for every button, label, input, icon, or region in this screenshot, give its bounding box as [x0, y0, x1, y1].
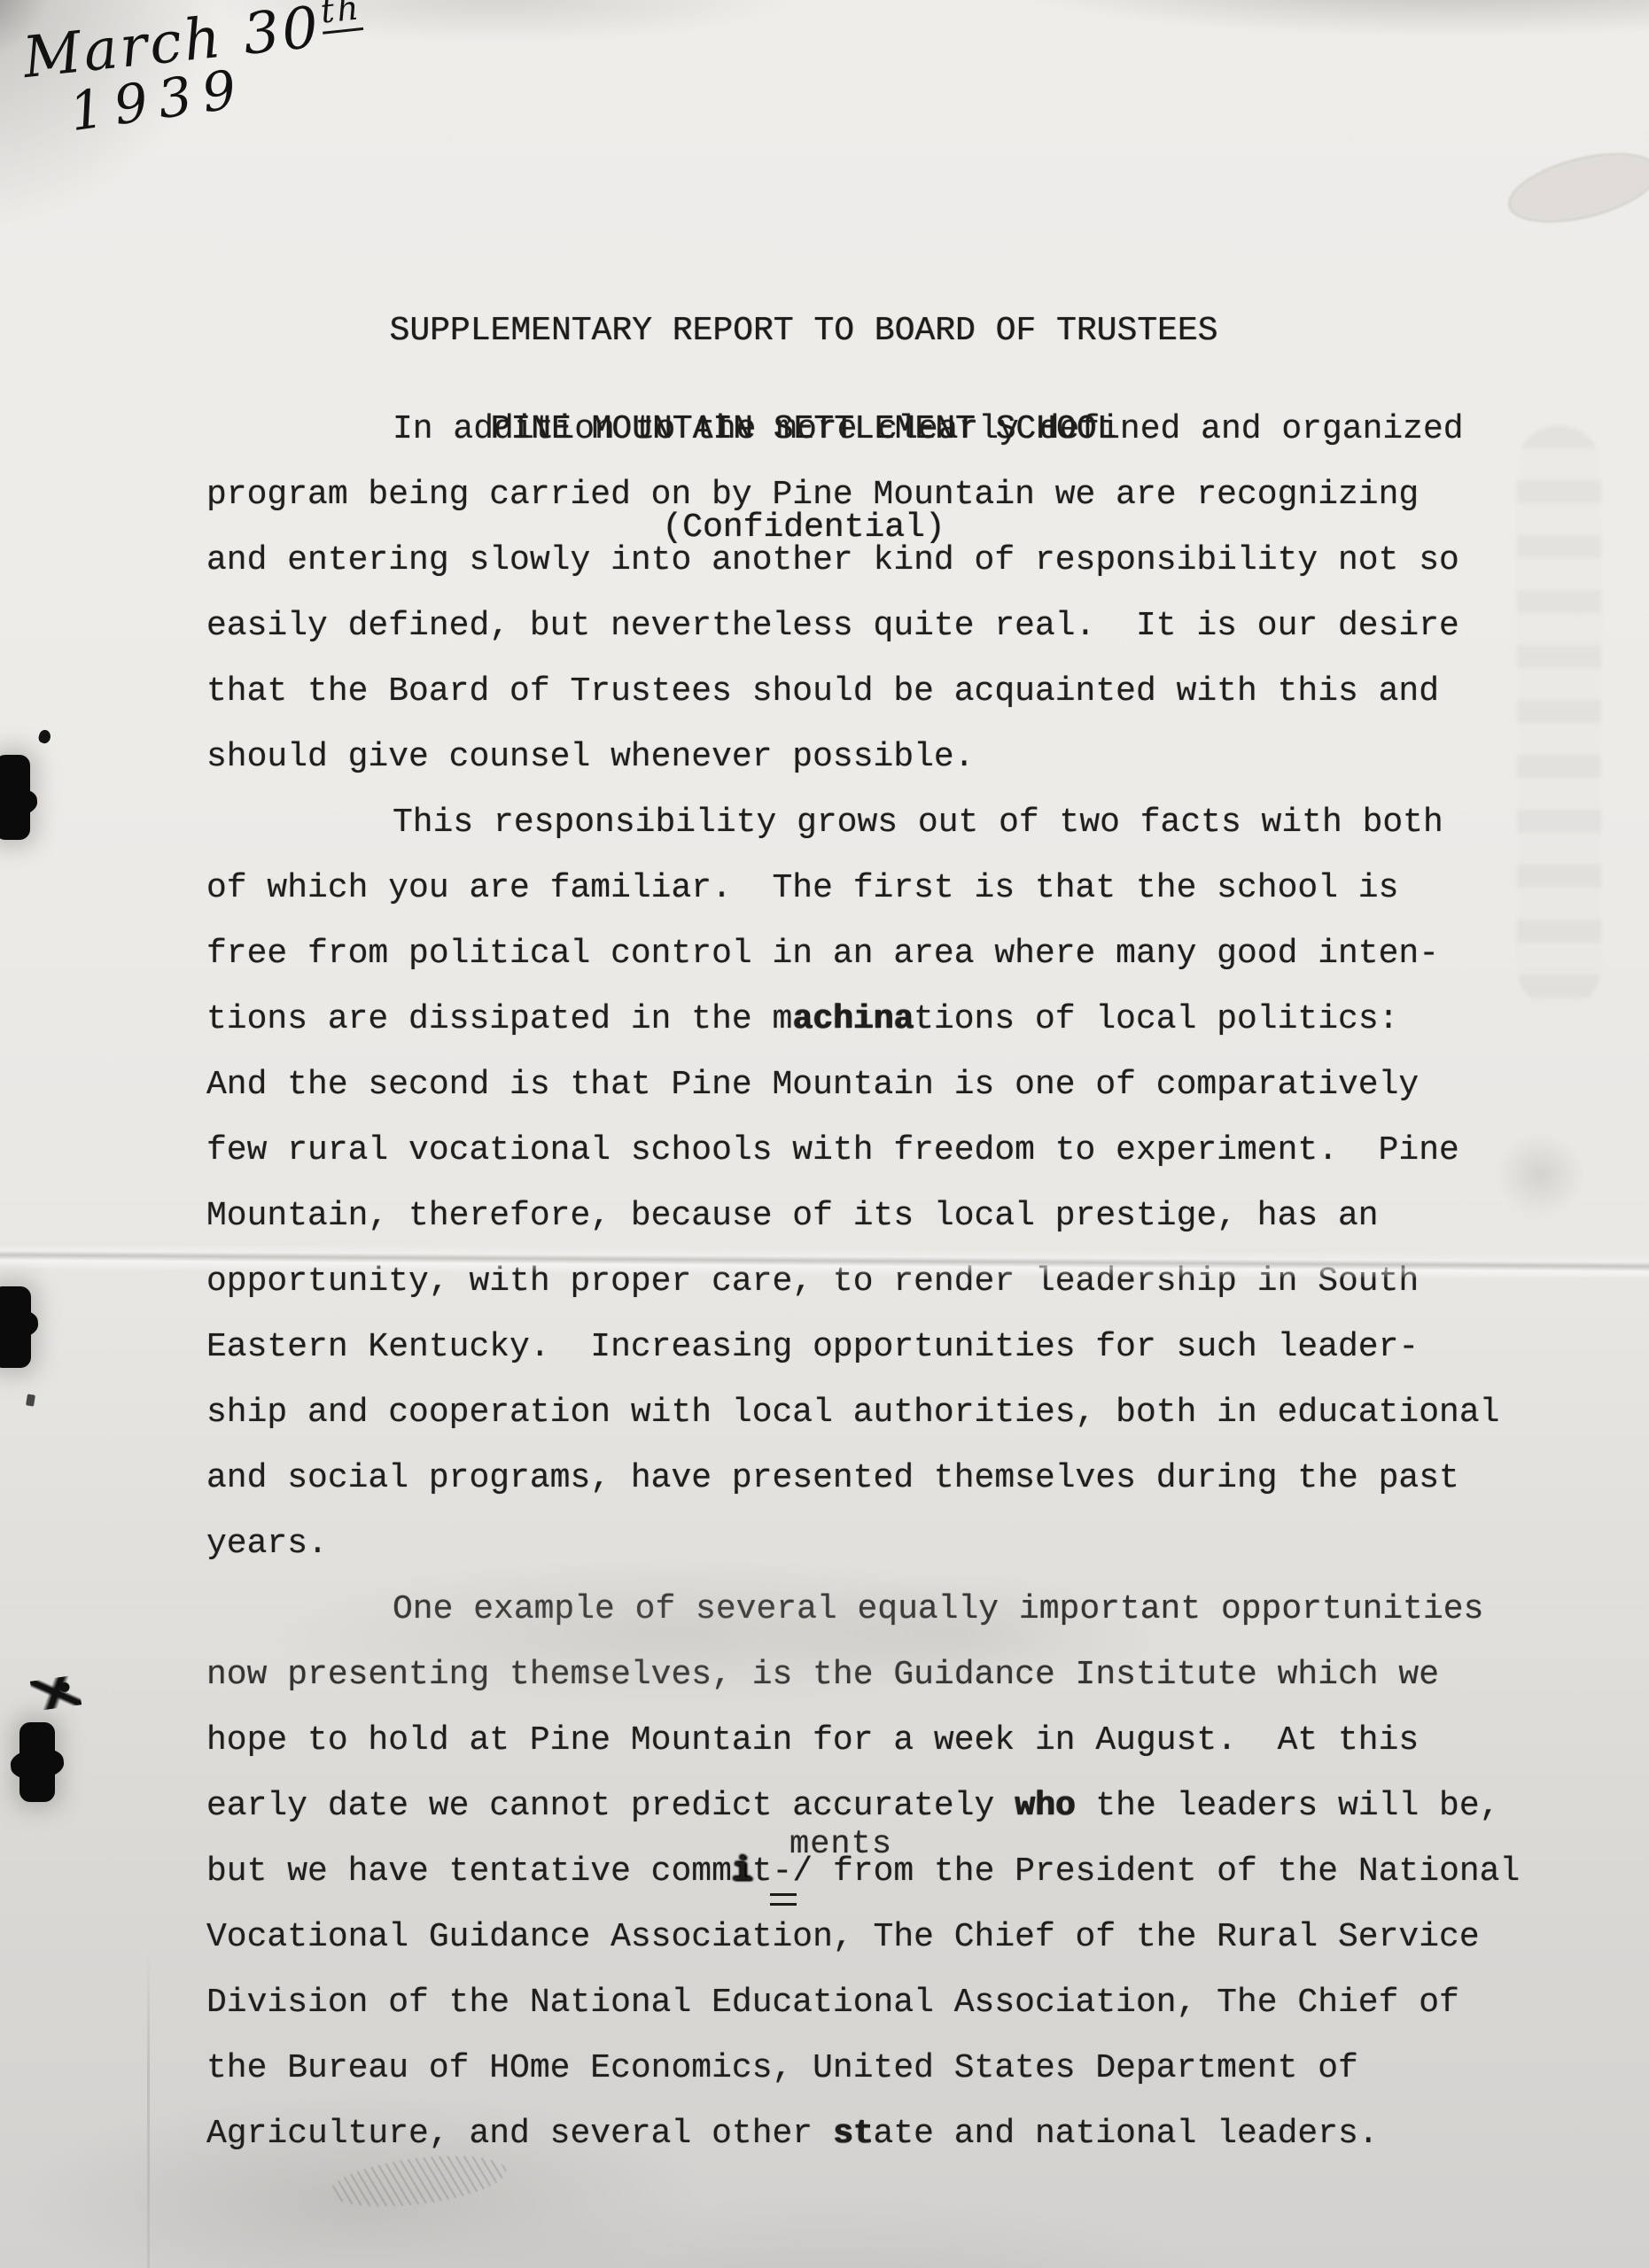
body-line: Mountain, therefore, because of its loca…: [206, 1184, 1589, 1249]
body-text-segment: t: [752, 1852, 773, 1891]
body-text-segment: Division of the National Educational Ass…: [206, 1984, 1459, 2022]
right-margin-smudge: [1517, 425, 1601, 1010]
report-body: In addition to the more clearly defined …: [206, 397, 1589, 2167]
bottom-fold-line: [147, 1949, 150, 2268]
body-text-segment: few rural vocational schools with freedo…: [206, 1131, 1459, 1169]
body-text-segment: i: [732, 1852, 752, 1891]
body-line: Vocational Guidance Association, The Chi…: [206, 1905, 1589, 1970]
body-text-segment: early date we cannot predict accurately: [206, 1787, 1015, 1825]
body-text-segment: the Bureau of HOme Economics, United Sta…: [206, 2049, 1358, 2087]
body-text-segment: Eastern Kentucky. Increasing opportuniti…: [206, 1328, 1419, 1366]
right-margin-smudge-small: [1496, 1132, 1584, 1216]
paper-smudge: [266, 1557, 1081, 1708]
body-text-segment: hope to hold at Pine Mountain for a week…: [206, 1721, 1419, 1759]
ink-scribble: [30, 1674, 82, 1711]
body-text-segment: should give counsel whenever possible.: [206, 738, 975, 776]
body-line: easily defined, but nevertheless quite r…: [206, 594, 1589, 659]
body-text-segment: tions are dissipated in the m: [206, 1000, 792, 1038]
body-text-segment: In addition to the more clearly defined …: [393, 410, 1464, 448]
body-text-segment: ate and national leaders.: [874, 2115, 1379, 2153]
handwritten-ordinal-suffix: th: [319, 0, 364, 35]
body-text-segment: ship and cooperation with local authorit…: [206, 1394, 1499, 1432]
handwritten-date: March 30th 1939: [19, 0, 405, 173]
body-line: of which you are familiar. The first is …: [206, 856, 1589, 921]
top-right-stain: [1501, 140, 1649, 236]
body-text-segment: the leaders will be,: [1076, 1787, 1500, 1825]
body-text-segment: easily defined, but nevertheless quite r…: [206, 607, 1459, 645]
body-line: and entering slowly into another kind of…: [206, 528, 1589, 594]
body-text-segment: who: [1015, 1787, 1075, 1825]
body-text-segment: program being carried on by Pine Mountai…: [206, 476, 1419, 514]
ink-speck: [26, 1394, 35, 1406]
body-line: but we have tentative commit-/ from the …: [206, 1839, 1589, 1905]
body-line: program being carried on by Pine Mountai…: [206, 462, 1589, 528]
body-text-segment: Agriculture, and several other: [206, 2115, 833, 2153]
body-text-segment: This responsibility grows out of two fac…: [393, 804, 1443, 842]
paper-crease-line: [0, 1246, 1649, 1278]
body-line: In addition to the more clearly defined …: [206, 397, 1589, 462]
binding-fastener-mark: [0, 1286, 31, 1368]
body-line: Division of the National Educational Ass…: [206, 1970, 1589, 2036]
body-line: Eastern Kentucky. Increasing opportuniti…: [206, 1315, 1589, 1380]
body-text-segment: and entering slowly into another kind of…: [206, 541, 1459, 579]
body-line: This responsibility grows out of two fac…: [206, 790, 1589, 856]
body-text-segment: that the Board of Trustees should be acq…: [206, 672, 1439, 711]
body-line: the Bureau of HOme Economics, United Sta…: [206, 2036, 1589, 2101]
binding-fastener-mark: [19, 1722, 55, 1802]
body-text-segment: tions of local politics:: [914, 1000, 1398, 1038]
body-text-segment: And the second is that Pine Mountain is …: [206, 1066, 1419, 1104]
report-title-line1: SUPPLEMENTARY REPORT TO BOARD OF TRUSTEE…: [210, 315, 1397, 347]
body-line: free from political control in an area w…: [206, 921, 1589, 987]
body-line: tions are dissipated in the machinations…: [206, 987, 1589, 1052]
body-text-segment: free from political control in an area w…: [206, 935, 1439, 973]
scanned-document-page: March 30th 1939 SUPPLEMENTARY REPORT TO …: [0, 0, 1649, 2268]
body-text-segment: of which you are familiar. The first is …: [206, 869, 1398, 907]
body-line: should give counsel whenever possible.: [206, 725, 1589, 790]
body-text-segment: achina: [792, 1000, 914, 1038]
body-line: hope to hold at Pine Mountain for a week…: [206, 1708, 1589, 1774]
body-line: few rural vocational schools with freedo…: [206, 1118, 1589, 1184]
body-text-segment: and social programs, have presented them…: [206, 1459, 1459, 1497]
body-line: And the second is that Pine Mountain is …: [206, 1052, 1589, 1118]
body-text-segment: but we have tentative comm: [206, 1852, 732, 1891]
binding-fastener-mark: [0, 755, 30, 840]
body-line: and social programs, have presented them…: [206, 1446, 1589, 1511]
body-line: ship and cooperation with local authorit…: [206, 1380, 1589, 1446]
body-text-segment: from the President of the National: [813, 1852, 1520, 1891]
typed-insertion-above-line: ments: [789, 1812, 892, 1877]
body-text-segment: Vocational Guidance Association, The Chi…: [206, 1918, 1480, 1956]
ink-dot: [37, 728, 52, 744]
body-line: Agriculture, and several other state and…: [206, 2101, 1589, 2167]
body-line: that the Board of Trustees should be acq…: [206, 659, 1589, 725]
body-text-segment: st: [833, 2115, 874, 2153]
body-line: early date we cannot predict accurately …: [206, 1774, 1589, 1839]
body-text-segment: Mountain, therefore, because of its loca…: [206, 1197, 1379, 1235]
